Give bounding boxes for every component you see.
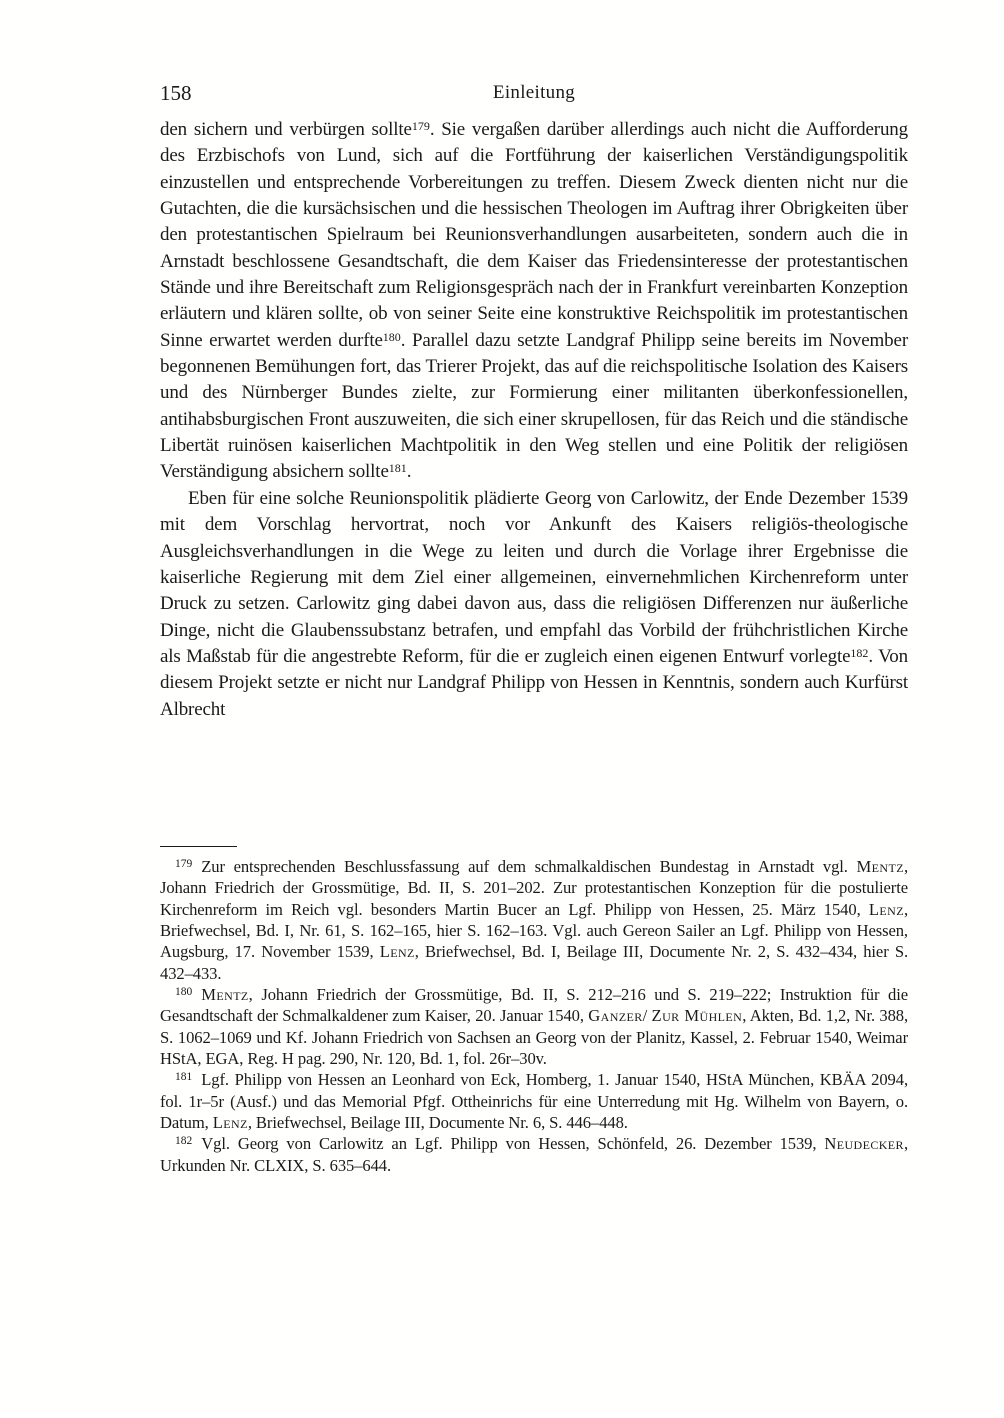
- small-caps-name: Zur Mühlen: [652, 1006, 743, 1025]
- footnote-text: Mentz, Johann Friedrich der Grossmütige,…: [160, 985, 908, 1068]
- text-run: den sichern und verbürgen sollte: [160, 119, 412, 140]
- footnote-number: 179: [175, 858, 192, 870]
- body-text: den sichern und verbürgen sollte179. Sie…: [160, 117, 908, 723]
- footnote-text: Zur entsprechenden Beschlussfassung auf …: [160, 857, 908, 983]
- text-run: Zur entsprechenden Beschlussfassung auf …: [201, 857, 856, 876]
- small-caps-name: Lenz: [380, 942, 415, 961]
- footnotes-list: 179Zur entsprechenden Beschlussfassung a…: [160, 856, 908, 1176]
- footnote-separator: [160, 846, 237, 847]
- footnote-ref: 181: [389, 461, 407, 475]
- small-caps-name: Ganzer: [588, 1006, 642, 1025]
- text-run: /: [643, 1006, 652, 1025]
- small-caps-name: Neudecker: [824, 1134, 904, 1153]
- text-run: Vgl. Georg von Carlowitz an Lgf. Philipp…: [201, 1134, 824, 1153]
- footnote: 181Lgf. Philipp von Hessen an Leonhard v…: [160, 1069, 908, 1133]
- footnote-text: Lgf. Philipp von Hessen an Leonhard von …: [160, 1070, 908, 1132]
- small-caps-name: Mentz: [201, 985, 248, 1004]
- text-run: Eben für eine solche Reunionspolitik plä…: [160, 488, 908, 667]
- footnote-ref: 182: [850, 646, 868, 660]
- paragraph: den sichern und verbürgen sollte179. Sie…: [160, 117, 908, 486]
- small-caps-name: Lenz: [213, 1113, 248, 1132]
- running-title: Einleitung: [160, 80, 908, 106]
- book-page: 158 Einleitung den sichern und verbürgen…: [0, 0, 1004, 1418]
- footnote: 180Mentz, Johann Friedrich der Grossmüti…: [160, 984, 908, 1069]
- text-run: .: [407, 461, 412, 482]
- small-caps-name: Mentz: [857, 857, 904, 876]
- footnote-number: 181: [175, 1071, 192, 1083]
- footnote: 182Vgl. Georg von Carlowitz an Lgf. Phil…: [160, 1133, 908, 1176]
- text-run: . Parallel dazu setzte Landgraf Philipp …: [160, 330, 908, 483]
- footnote-text: Vgl. Georg von Carlowitz an Lgf. Philipp…: [160, 1134, 908, 1174]
- small-caps-name: Lenz: [869, 900, 904, 919]
- footnote-number: 182: [175, 1135, 192, 1147]
- footnote-number: 180: [175, 986, 192, 998]
- footnote-ref: 179: [412, 119, 430, 133]
- footnote-ref: 180: [383, 330, 401, 344]
- footnote: 179Zur entsprechenden Beschlussfassung a…: [160, 856, 908, 984]
- text-run: , Briefwechsel, Beilage III, Documente N…: [248, 1113, 628, 1132]
- paragraph: Eben für eine solche Reunionspolitik plä…: [160, 486, 908, 723]
- footnotes-section: 179Zur entsprechenden Beschlussfassung a…: [160, 846, 908, 1176]
- page-header: 158 Einleitung: [160, 80, 908, 108]
- page-number: 158: [160, 80, 192, 106]
- text-run: . Sie vergaßen darüber allerdings auch n…: [160, 119, 908, 351]
